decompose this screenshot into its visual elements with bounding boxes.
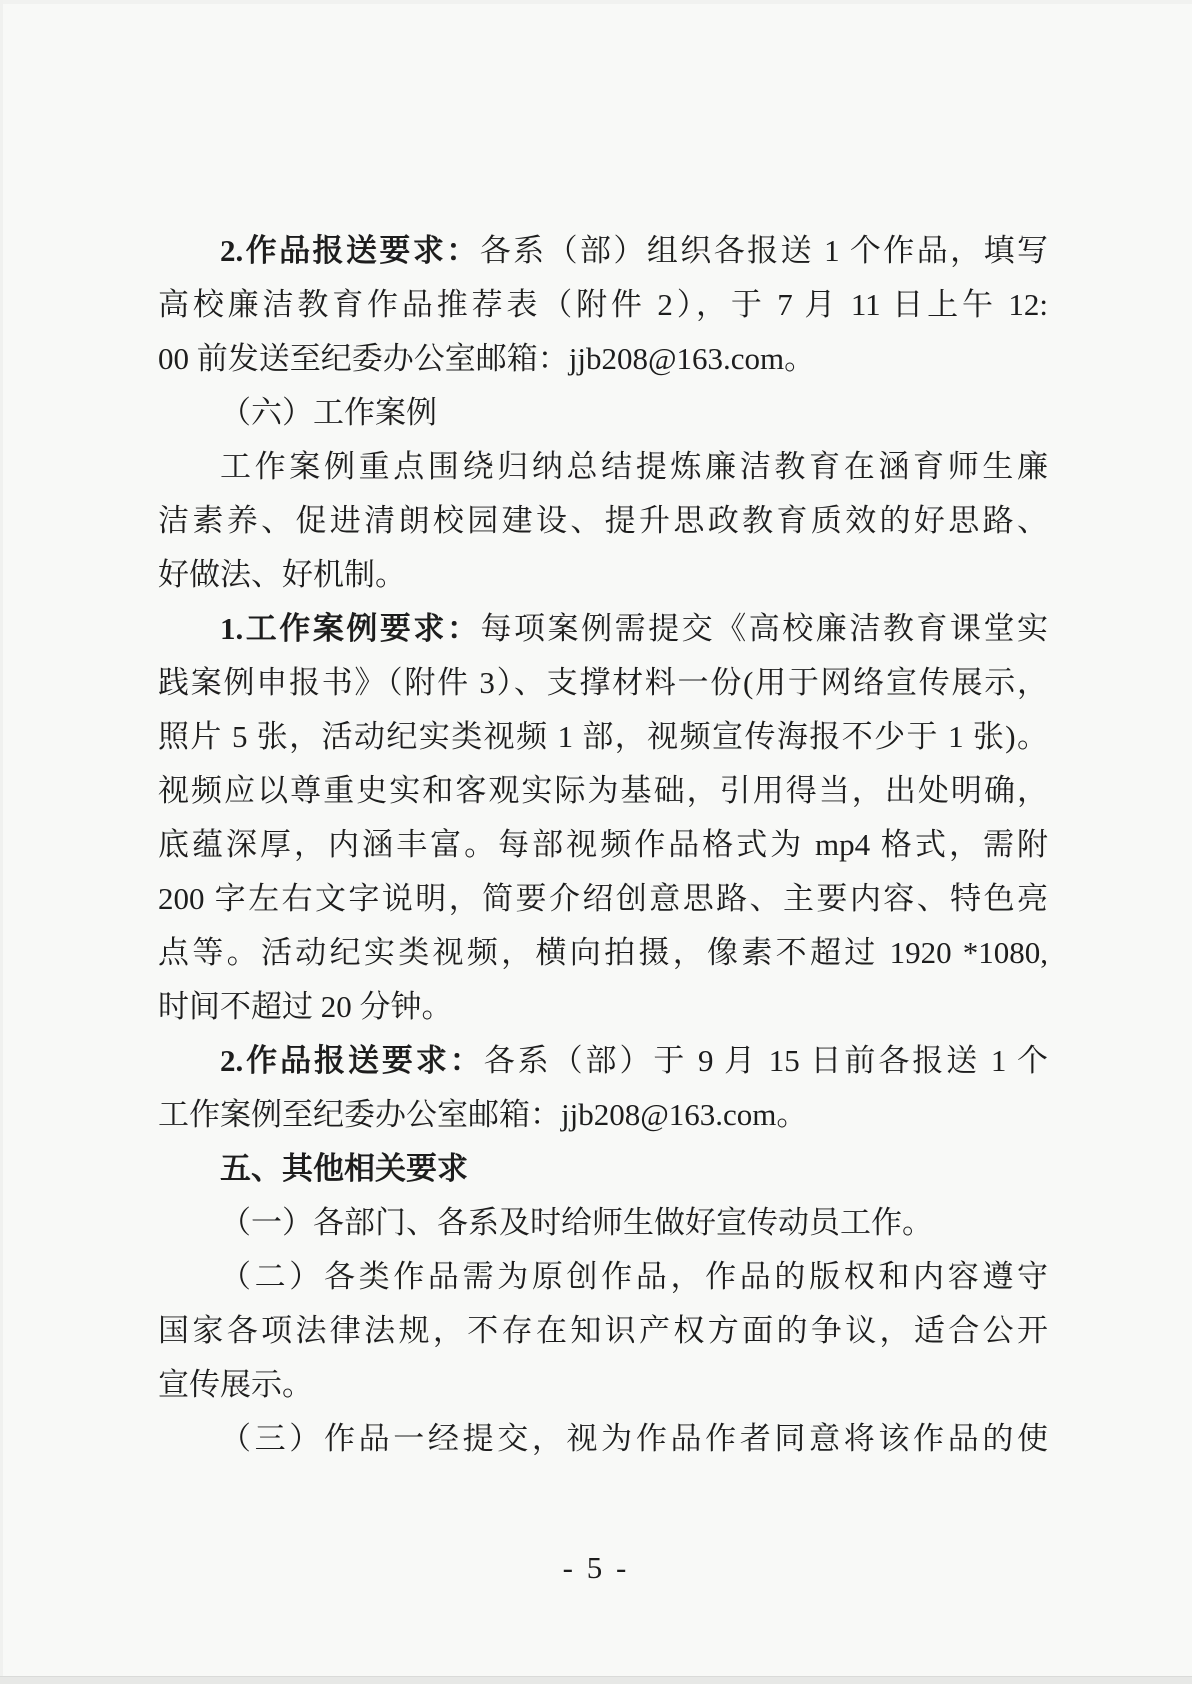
text-line: 00 前发送至纪委办公室邮箱：jjb208@163.com。 <box>158 332 1048 386</box>
text-line: 好做法、好机制。 <box>158 548 1048 602</box>
document-text: 2.作品报送要求：各系（部）组织各报送 1 个作品，填写 高校廉洁教育作品推荐表… <box>158 224 1048 1466</box>
text-line: 2.作品报送要求：各系（部）于 9 月 15 日前各报送 1 个 <box>158 1034 1048 1088</box>
text-line: （三）作品一经提交，视为作品作者同意将该作品的使 <box>158 1412 1048 1466</box>
text-run: 每项案例需提交《高校廉洁教育课堂实 <box>481 611 1049 646</box>
scan-edge-left <box>0 0 3 1684</box>
text-line: 工作案例至纪委办公室邮箱：jjb208@163.com。 <box>158 1088 1048 1142</box>
text-line: （一）各部门、各系及时给师生做好宣传动员工作。 <box>158 1196 1048 1250</box>
bold-run: 2.作品报送要求： <box>220 1043 484 1078</box>
page-number: - 5 - <box>0 1548 1192 1588</box>
text-line: 时间不超过 20 分钟。 <box>158 980 1048 1034</box>
text-line: 国家各项法律法规，不存在知识产权方面的争议，适合公开 <box>158 1304 1048 1358</box>
scan-edge-bottom <box>0 1676 1192 1684</box>
text-line: 底蕴深厚，内涵丰富。每部视频作品格式为 mp4 格式，需附 <box>158 818 1048 872</box>
text-line: 1.工作案例要求：每项案例需提交《高校廉洁教育课堂实 <box>158 602 1048 656</box>
section-heading: 五、其他相关要求 <box>158 1142 1048 1196</box>
text-line: 宣传展示。 <box>158 1358 1048 1412</box>
text-line: 高校廉洁教育作品推荐表（附件 2），于 7 月 11 日上午 12: <box>158 278 1048 332</box>
document-page: 2.作品报送要求：各系（部）组织各报送 1 个作品，填写 高校廉洁教育作品推荐表… <box>0 0 1192 1684</box>
text-line: （六）工作案例 <box>158 386 1048 440</box>
text-line: 洁素养、促进清朗校园建设、提升思政教育质效的好思路、 <box>158 494 1048 548</box>
bold-run: 1.工作案例要求： <box>220 611 481 646</box>
scan-edge-top <box>0 0 1192 4</box>
text-line: 点等。活动纪实类视频，横向拍摄，像素不超过 1920 *1080, <box>158 926 1048 980</box>
bold-run: 五、其他相关要求 <box>220 1151 468 1186</box>
text-line: 照片 5 张，活动纪实类视频 1 部，视频宣传海报不少于 1 张)。 <box>158 710 1048 764</box>
bold-run: 2.作品报送要求： <box>220 233 480 268</box>
text-run: 各系（部）组织各报送 1 个作品，填写 <box>480 233 1048 268</box>
text-run: 各系（部）于 9 月 15 日前各报送 1 个 <box>484 1043 1048 1078</box>
text-line: （二）各类作品需为原创作品，作品的版权和内容遵守 <box>158 1250 1048 1304</box>
text-line: 工作案例重点围绕归纳总结提炼廉洁教育在涵育师生廉 <box>158 440 1048 494</box>
text-line: 200 字左右文字说明，简要介绍创意思路、主要内容、特色亮 <box>158 872 1048 926</box>
text-line: 践案例申报书》（附件 3）、支撑材料一份(用于网络宣传展示， <box>158 656 1048 710</box>
text-line: 视频应以尊重史实和客观实际为基础，引用得当，出处明确， <box>158 764 1048 818</box>
text-line: 2.作品报送要求：各系（部）组织各报送 1 个作品，填写 <box>158 224 1048 278</box>
